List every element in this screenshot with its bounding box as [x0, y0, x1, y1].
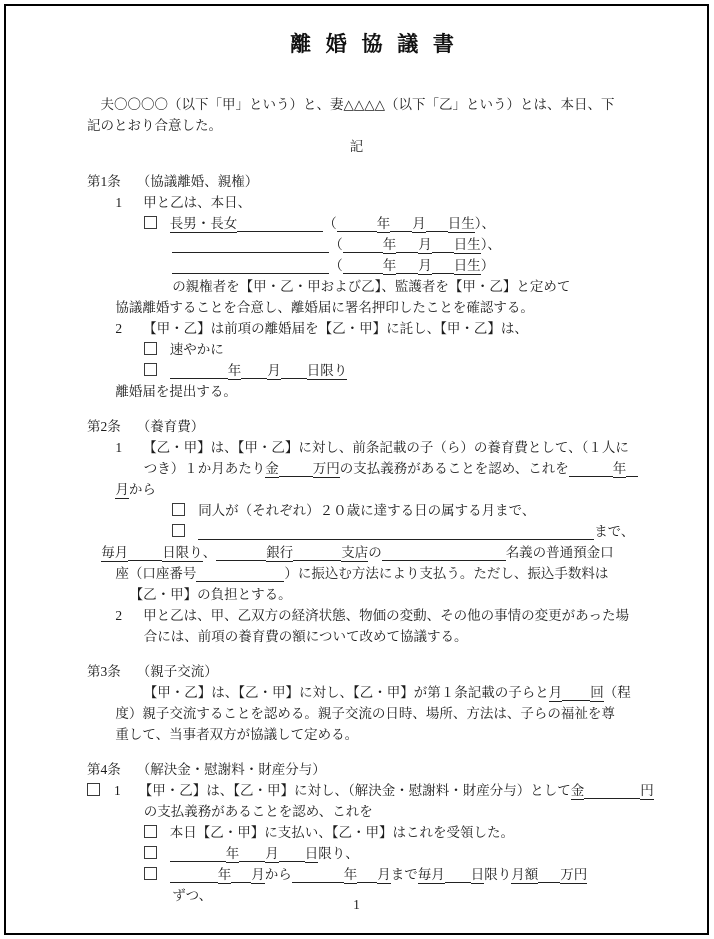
underlined-text: 年: [228, 363, 242, 380]
text-run: 【乙・甲】は、【甲・乙】に対し、前条記載の子（ら）の養育費として、（１人に: [143, 440, 629, 455]
blank-field: [239, 846, 265, 862]
payment-line1: 毎月日限り、銀行支店の名義の普通預金口: [87, 542, 657, 563]
option-promptly: 速やかに: [87, 339, 657, 360]
article3-line2: 度）親子交流することを認める。親子交流の日時、場所、方法は、子らの福祉を尊: [87, 703, 657, 724]
option-age20: 同人が（それぞれ）２０歳に達する日の属する月まで、: [87, 500, 657, 521]
text-run: から: [129, 482, 156, 497]
article2-para1-line1: 1【乙・甲】は、【甲・乙】に対し、前条記載の子（ら）の養育費として、（１人に: [87, 437, 657, 458]
underlined-text: 日限り: [162, 545, 203, 562]
option-until-blank: まで、: [87, 521, 657, 542]
option-installments: 年月から年月まで毎月日限り月額万円: [87, 864, 657, 885]
spacer: [122, 451, 143, 452]
child-row-3: （年月日生）: [87, 255, 657, 276]
blank-field: [343, 237, 383, 253]
underlined-text: 万円: [560, 867, 587, 884]
checkbox[interactable]: [144, 216, 157, 229]
text-run: （: [329, 237, 343, 252]
underlined-text: 年: [218, 867, 232, 884]
text-run: 【乙・甲】の負担とする。: [130, 587, 292, 602]
checkbox[interactable]: [144, 363, 157, 376]
underlined-text: 月: [115, 482, 129, 499]
blank-field: [432, 258, 454, 274]
checkbox[interactable]: [144, 867, 157, 880]
article-1: 第1条（協議離婚、親権）1甲と乙は、本日、長男・長女（年月日生）、（年月日生）、…: [87, 171, 657, 402]
text-run: 甲と乙は、本日、: [143, 195, 251, 210]
blank-field: [237, 216, 323, 232]
article-4: 第4条（解決金・慰謝料・財産分与）1【甲・乙】は、【乙・甲】に対し、（解決金・慰…: [87, 759, 657, 906]
text-run: （解決金・慰謝料・財産分与）: [137, 762, 326, 777]
blank-field: [279, 846, 305, 862]
spacer: [122, 206, 143, 207]
text-run: まで、: [594, 524, 634, 539]
child-row-1: 長男・長女（年月日生）、: [87, 213, 657, 234]
text-run: （: [323, 216, 337, 231]
text-run: ）: [481, 258, 495, 273]
spacer: [121, 794, 139, 795]
spacer: [122, 619, 143, 620]
text-run: （養育費）: [137, 419, 205, 434]
underlined-text: 年: [383, 258, 397, 275]
text-run: ）、: [475, 216, 495, 231]
ki-label: 記: [6, 136, 707, 157]
underlined-text: 日限り: [307, 363, 348, 380]
article3-line3: 重して、当事者双方が協議して定める。: [87, 724, 657, 745]
underlined-text: 毎月: [101, 545, 128, 562]
blank-field: [396, 258, 418, 274]
article2-heading: 第2条（養育費）: [87, 416, 657, 437]
intro-paragraph: 夫〇〇〇〇（以下「甲」という）と、妻△△△△（以下「乙」という）とは、本日、下記…: [87, 94, 657, 136]
underlined-text: 円: [640, 783, 654, 800]
blank-field: [382, 545, 506, 561]
text-run: つき）１か月あたり: [144, 461, 266, 476]
intro-line: 記のとおり合意した。: [87, 115, 657, 136]
underlined-text: 年: [377, 216, 391, 233]
blank-field: [538, 867, 560, 883]
blank-field: [241, 363, 267, 379]
underlined-text: 日: [305, 846, 319, 863]
blank-field: [281, 363, 307, 379]
text-run: の支払義務があることを認め、これを: [144, 804, 373, 819]
blank-field: [172, 258, 329, 274]
text-run: 限り: [484, 867, 511, 882]
checkbox[interactable]: [172, 503, 185, 516]
blank-field: [198, 524, 594, 540]
text-run: 甲と乙は、甲、乙双方の経済状態、物価の変動、その他の事情の変更があった場: [143, 608, 629, 623]
document-body: 第1条（協議離婚、親権）1甲と乙は、本日、長男・長女（年月日生）、（年月日生）、…: [87, 171, 657, 906]
article3-heading: 第3条（親子交流）: [87, 661, 657, 682]
submit-line: 離婚届を提出する。: [87, 381, 657, 402]
blank-field: [390, 216, 412, 232]
document-content: 離婚協議書 夫〇〇〇〇（以下「甲」という）と、妻△△△△（以下「乙」という）とは…: [6, 6, 707, 933]
text-run: ）に振込む方法により支払う。ただし、振込手数料は: [284, 566, 608, 581]
text-run: 名義の普通預金口: [506, 545, 614, 560]
checkbox[interactable]: [144, 846, 157, 859]
checkbox[interactable]: [144, 825, 157, 838]
text-run: 度）親子交流することを認める。親子交流の日時、場所、方法は、子らの福祉を尊: [115, 706, 615, 721]
payment-line2: 座（口座番号）に振込む方法により支払う。ただし、振込手数料は: [87, 563, 657, 584]
underlined-text: 銀行: [266, 545, 293, 562]
underlined-text: 年: [344, 867, 358, 884]
underlined-text: 月: [251, 867, 265, 884]
article4-line2: の支払義務があることを認め、これを: [87, 801, 657, 822]
spacer: [100, 794, 114, 795]
text-run: 【甲・乙】は、【乙・甲】に対し、【乙・甲】が第１条記載の子らと: [144, 685, 549, 700]
blank-field: [170, 846, 226, 862]
text-run: （親子交流）: [137, 664, 218, 679]
underlined-text: 金: [265, 461, 279, 478]
text-run: 合には、前項の養育費の額について改めて協議する。: [144, 629, 468, 644]
blank-field: [128, 545, 162, 561]
text-run: まで: [391, 867, 418, 882]
blank-field: [445, 867, 471, 883]
article2-para2-line2: 合には、前項の養育費の額について改めて協議する。: [87, 626, 657, 647]
underlined-text: 長男・長女: [170, 216, 238, 233]
intro-line: 夫〇〇〇〇（以下「甲」という）と、妻△△△△（以下「乙」という）とは、本日、下: [87, 94, 657, 115]
checkbox[interactable]: [172, 524, 185, 537]
text-run: 速やかに: [170, 342, 224, 357]
page-number: 1: [6, 897, 707, 913]
underlined-text: 月額: [511, 867, 538, 884]
blank-field: [196, 566, 284, 582]
document-page: 離婚協議書 夫〇〇〇〇（以下「甲」という）と、妻△△△△（以下「乙」という）とは…: [4, 4, 709, 935]
text-run: 本日【乙・甲】に支払い、【乙・甲】はこれを受領した。: [170, 825, 514, 840]
underlined-text: 年: [383, 237, 397, 254]
underlined-text: 月: [418, 258, 432, 275]
text-run: の親権者を【甲・乙・甲および乙】、監護者を【甲・乙】と定めて: [172, 279, 570, 294]
blank-field: [343, 258, 383, 274]
article1-heading: 第1条（協議離婚、親権）: [87, 171, 657, 192]
article4-row1: 1【甲・乙】は、【乙・甲】に対し、（解決金・慰謝料・財産分与）として金円: [87, 780, 657, 801]
spacer: [157, 374, 170, 375]
underlined-text: 金: [571, 783, 585, 800]
spacer: [185, 535, 198, 536]
text-run: （: [329, 258, 343, 273]
article-3: 第3条（親子交流）【甲・乙】は、【乙・甲】に対し、【乙・甲】が第１条記載の子らと…: [87, 661, 657, 745]
option-deadline-date: 年月日限り、: [87, 843, 657, 864]
article4-heading: 第4条（解決金・慰謝料・財産分与）: [87, 759, 657, 780]
spacer: [121, 675, 137, 676]
text-run: 1: [115, 440, 122, 455]
underlined-text: 月: [265, 846, 279, 863]
article2-para1-line3: 月から: [87, 479, 657, 500]
underlined-text: 月: [377, 867, 391, 884]
blank-field: [396, 237, 418, 253]
text-run: 第4条: [87, 762, 121, 777]
underlined-text: 日生: [454, 258, 481, 275]
underlined-text: 月: [418, 237, 432, 254]
article2-para2-line1: 2甲と乙は、甲、乙双方の経済状態、物価の変動、その他の事情の変更があった場: [87, 605, 657, 626]
spacer: [185, 514, 198, 515]
blank-field: [569, 461, 613, 477]
text-run: 【甲・乙】は、【乙・甲】に対し、（解決金・慰謝料・財産分与）として: [139, 783, 571, 798]
ki-row: 記: [87, 136, 657, 157]
text-run: 離婚届を提出する。: [115, 384, 237, 399]
underlined-text: 年: [226, 846, 240, 863]
spacer: [157, 836, 170, 837]
spacer: [121, 185, 137, 186]
underlined-text: 月: [267, 363, 281, 380]
spacer: [122, 332, 143, 333]
spacer: [157, 878, 170, 879]
underlined-text: 年: [613, 461, 627, 478]
custody-line: の親権者を【甲・乙・甲および乙】、監護者を【甲・乙】と定めて: [87, 276, 657, 297]
article3-line1: 【甲・乙】は、【乙・甲】に対し、【乙・甲】が第１条記載の子らと月回（程: [87, 682, 657, 703]
text-run: 第1条: [87, 174, 121, 189]
blank-field: [216, 545, 266, 561]
option-paid-today: 本日【乙・甲】に支払い、【乙・甲】はこれを受領した。: [87, 822, 657, 843]
payment-line3: 【乙・甲】の負担とする。: [87, 584, 657, 605]
option-deadline: 年月日限り: [87, 360, 657, 381]
article-2: 第2条（養育費）1【乙・甲】は、【甲・乙】に対し、前条記載の子（ら）の養育費とし…: [87, 416, 657, 647]
text-run: 第2条: [87, 419, 121, 434]
underlined-text: 日生: [454, 237, 481, 254]
child-row-2: （年月日生）、: [87, 234, 657, 255]
blank-field: [172, 237, 329, 253]
checkbox[interactable]: [144, 342, 157, 355]
text-run: 1: [114, 783, 121, 798]
checkbox[interactable]: [87, 783, 100, 796]
text-run: 第3条: [87, 664, 121, 679]
article1-para1: 1甲と乙は、本日、: [87, 192, 657, 213]
blank-field: [562, 685, 590, 701]
text-run: 、: [203, 545, 217, 560]
text-run: ）、: [481, 237, 501, 252]
blank-field: [626, 461, 638, 477]
blank-field: [231, 867, 251, 883]
spacer: [121, 773, 137, 774]
spacer: [157, 353, 170, 354]
text-run: 協議離婚することを合意し、離婚届に署名押印したことを確認する。: [115, 300, 534, 315]
text-run: 【甲・乙】は前項の離婚届を【乙・甲】に託し、【甲・乙】は、: [143, 321, 528, 336]
spacer: [121, 430, 137, 431]
spacer: [157, 227, 170, 228]
blank-field: [292, 867, 344, 883]
spacer: [157, 857, 170, 858]
blank-field: [357, 867, 377, 883]
blank-field: [279, 461, 313, 477]
blank-field: [432, 237, 454, 253]
text-run: の支払義務があることを認め、これを: [340, 461, 569, 476]
text-run: 同人が（それぞれ）２０歳に達する日の属する月まで、: [198, 503, 535, 518]
text-run: （程: [604, 685, 631, 700]
underlined-text: 日: [471, 867, 485, 884]
blank-field: [337, 216, 377, 232]
underlined-text: 日生: [448, 216, 475, 233]
article1-para2: 2【甲・乙】は前項の離婚届を【乙・甲】に託し、【甲・乙】は、: [87, 318, 657, 339]
blank-field: [170, 363, 228, 379]
blank-field: [293, 545, 341, 561]
agreement-line: 協議離婚することを合意し、離婚届に署名押印したことを確認する。: [87, 297, 657, 318]
blank-field: [584, 783, 640, 799]
text-run: 1: [115, 195, 122, 210]
underlined-text: 支店: [341, 545, 368, 562]
text-run: （協議離婚、親権）: [137, 174, 259, 189]
text-run: 2: [115, 321, 122, 336]
blank-field: [170, 867, 218, 883]
blank-field: [426, 216, 448, 232]
underlined-text: 万円: [313, 461, 340, 478]
text-run: 重して、当事者双方が協議して定める。: [115, 727, 358, 742]
text-run: 座（口座番号: [115, 566, 196, 581]
text-run: の: [368, 545, 382, 560]
text-run: 限り、: [318, 846, 359, 861]
document-title: 離婚協議書: [87, 28, 657, 58]
underlined-text: 月: [412, 216, 426, 233]
article2-para1-line2: つき）１か月あたり金万円の支払義務があることを認め、これを年: [87, 458, 657, 479]
text-run: から: [265, 867, 292, 882]
underlined-text: 毎月: [418, 867, 445, 884]
underlined-text: 回: [590, 685, 604, 702]
underlined-text: 月: [549, 685, 563, 702]
text-run: 2: [115, 608, 122, 623]
